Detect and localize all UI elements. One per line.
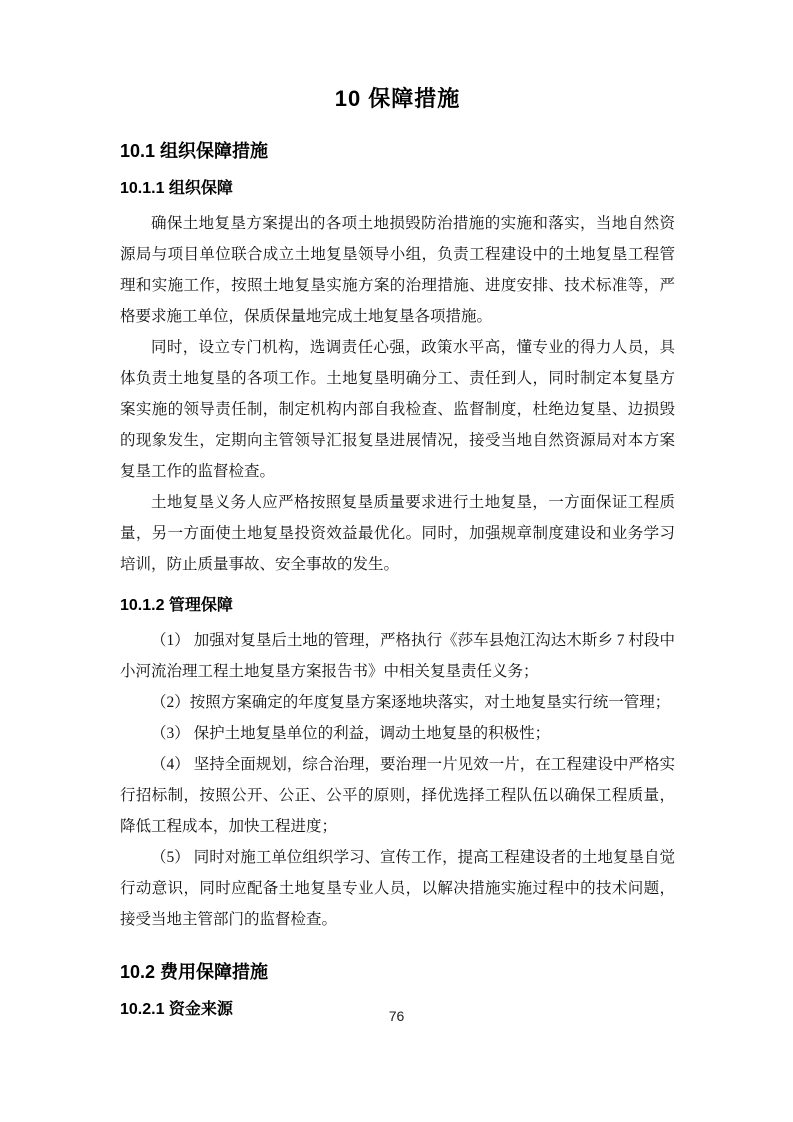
document-page: 10 保障措施 10.1 组织保障措施 10.1.1 组织保障 确保土地复垦方案… [0,0,793,1122]
paragraph-organization-3: 土地复垦义务人应严格按照复垦质量要求进行土地复垦，一方面保证工程质量，另一方面使… [120,487,675,580]
paragraph-organization-2: 同时，设立专门机构，选调责任心强，政策水平高，懂专业的得力人员，具体负责土地复垦… [120,332,675,487]
section-heading-10-2: 10.2 费用保障措施 [120,961,675,984]
page-number: 76 [0,1008,793,1024]
chapter-title: 10 保障措施 [120,84,675,114]
section-heading-10-1: 10.1 组织保障措施 [120,140,675,163]
list-item-2: （2）按照方案确定的年度复垦方案逐地块落实，对土地复垦实行统一管理； [120,687,675,718]
subsection-heading-10-1-1: 10.1.1 组织保障 [120,178,675,199]
list-item-1: （1） 加强对复垦后土地的管理，严格执行《莎车县炮江沟达木斯乡 7 村段中小河流… [120,625,675,687]
subsection-heading-10-1-2: 10.1.2 管理保障 [120,595,675,616]
paragraph-organization-1: 确保土地复垦方案提出的各项土地损毁防治措施的实施和落实，当地自然资源局与项目单位… [120,208,675,332]
page-content: 10 保障措施 10.1 组织保障措施 10.1.1 组织保障 确保土地复垦方案… [120,0,675,1020]
list-item-4: （4） 坚持全面规划，综合治理，要治理一片见效一片，在工程建设中严格实行招标制，… [120,749,675,842]
list-item-3: （3） 保护土地复垦单位的利益，调动土地复垦的积极性； [120,718,675,749]
list-item-5: （5） 同时对施工单位组织学习、宣传工作，提高工程建设者的土地复垦自觉行动意识，… [120,842,675,935]
